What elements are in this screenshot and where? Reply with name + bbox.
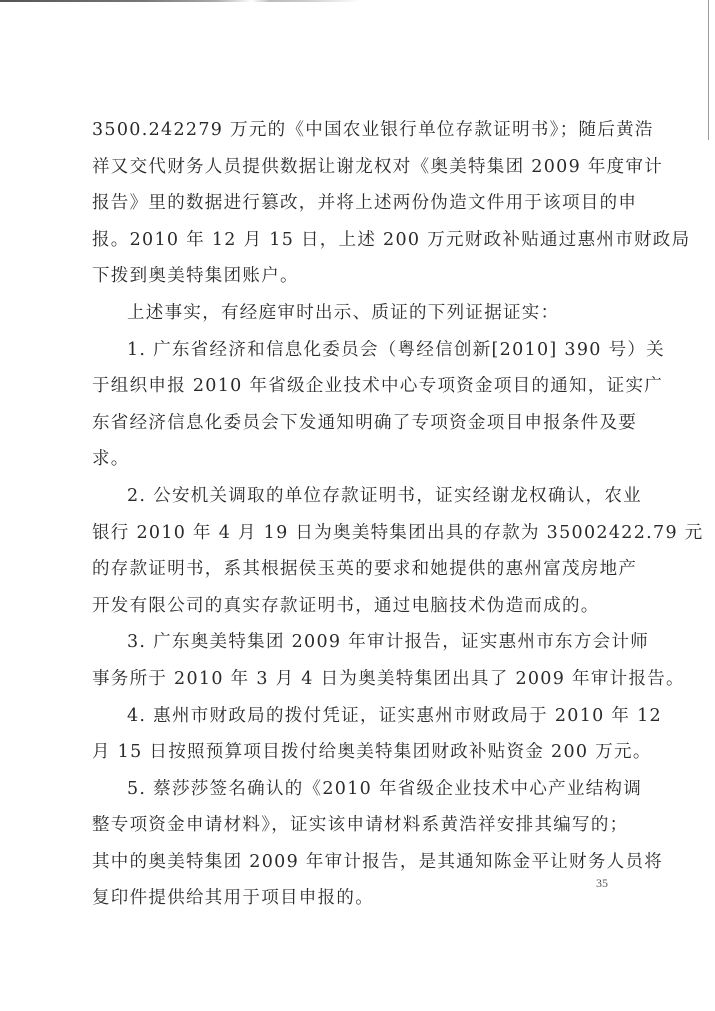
- text-line: 3. 广东奥美特集团 2009 年审计报告，证实惠州市东方会计师: [92, 624, 610, 661]
- text-line: 4. 惠州市财政局的拨付凭证，证实惠州市财政局于 2010 年 12: [92, 698, 610, 735]
- text-line: 月 15 日按照预算项目拨付给奥美特集团财政补贴资金 200 万元。: [92, 734, 610, 771]
- paragraph-evidence-intro: 上述事实，有经庭审时出示、质证的下列证据证实：: [92, 295, 610, 332]
- paragraph-evidence-1: 1. 广东省经济和信息化委员会（粤经信创新[2010] 390 号）关 于组织申…: [92, 332, 610, 478]
- scan-edge-top: [0, 0, 360, 2]
- paragraph-evidence-2: 2. 公安机关调取的单位存款证明书，证实经谢龙权确认，农业 银行 2010 年 …: [92, 478, 610, 624]
- text-line: 3500.242279 万元的《中国农业银行单位存款证明书》；随后黄浩: [92, 112, 610, 149]
- text-line: 5. 蔡莎莎签名确认的《2010 年省级企业技术中心产业结构调: [92, 771, 610, 808]
- paragraph-evidence-3: 3. 广东奥美特集团 2009 年审计报告，证实惠州市东方会计师 事务所于 20…: [92, 624, 610, 697]
- text-line: 下拨到奥美特集团账户。: [92, 258, 610, 295]
- text-line: 2. 公安机关调取的单位存款证明书，证实经谢龙权确认，农业: [92, 478, 610, 515]
- text-line: 的存款证明书，系其根据侯玉英的要求和她提供的惠州富茂房地产: [92, 551, 610, 588]
- text-line: 上述事实，有经庭审时出示、质证的下列证据证实：: [92, 295, 610, 332]
- text-line: 于组织申报 2010 年省级企业技术中心专项资金项目的通知，证实广: [92, 368, 610, 405]
- text-line: 银行 2010 年 4 月 19 日为奥美特集团出具的存款为 35002422.…: [92, 515, 610, 552]
- paragraph-evidence-4: 4. 惠州市财政局的拨付凭证，证实惠州市财政局于 2010 年 12 月 15 …: [92, 698, 610, 771]
- text-line: 开发有限公司的真实存款证明书，通过电脑技术伪造而成的。: [92, 588, 610, 625]
- text-line: 求。: [92, 441, 610, 478]
- text-line: 报。2010 年 12 月 15 日，上述 200 万元财政补贴通过惠州市财政局: [92, 222, 610, 259]
- document-page: 3500.242279 万元的《中国农业银行单位存款证明书》；随后黄浩 祥又交代…: [92, 112, 610, 917]
- page-number: 35: [596, 876, 608, 891]
- text-line: 祥又交代财务人员提供数据让谢龙权对《奥美特集团 2009 年度审计: [92, 149, 610, 186]
- text-line: 整专项资金申请材料》，证实该申请材料系黄浩祥安排其编写的；: [92, 807, 610, 844]
- scan-edge-right: [708, 0, 709, 140]
- text-line: 其中的奥美特集团 2009 年审计报告，是其通知陈金平让财务人员将: [92, 844, 610, 881]
- text-line: 事务所于 2010 年 3 月 4 日为奥美特集团出具了 2009 年审计报告。: [92, 661, 610, 698]
- text-line: 报告》里的数据进行篡改，并将上述两份伪造文件用于该项目的申: [92, 185, 610, 222]
- paragraph-continuation: 3500.242279 万元的《中国农业银行单位存款证明书》；随后黄浩 祥又交代…: [92, 112, 610, 295]
- text-line: 复印件提供给其用于项目申报的。: [92, 880, 610, 917]
- text-line: 1. 广东省经济和信息化委员会（粤经信创新[2010] 390 号）关: [92, 332, 610, 369]
- text-line: 东省经济信息化委员会下发通知明确了专项资金项目申报条件及要: [92, 405, 610, 442]
- paragraph-evidence-5: 5. 蔡莎莎签名确认的《2010 年省级企业技术中心产业结构调 整专项资金申请材…: [92, 771, 610, 917]
